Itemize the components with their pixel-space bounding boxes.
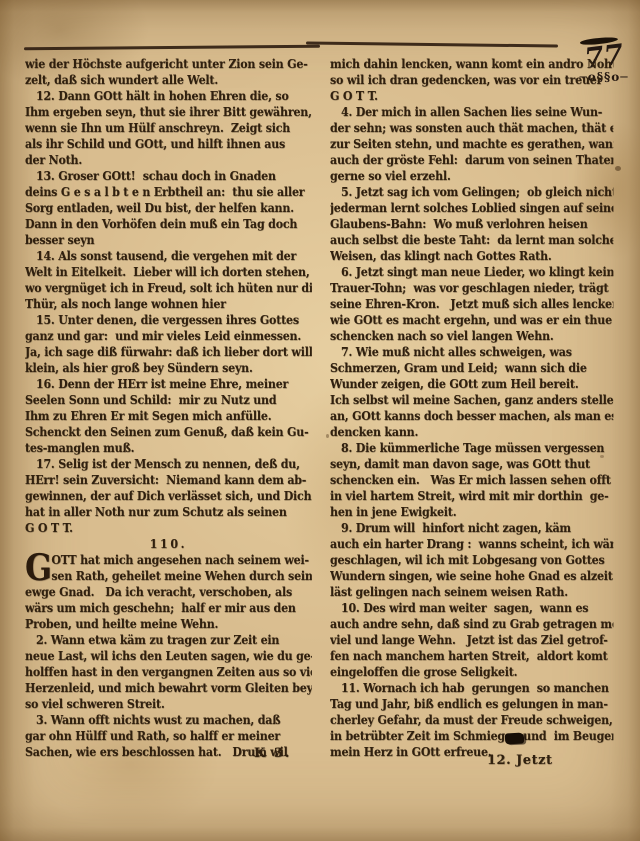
text-line: ganz und gar: und mir vieles Leid einmes… — [25, 328, 312, 344]
text-line: holffen hast in den vergangnen Zeiten au… — [25, 664, 312, 680]
text-line: wie der Höchste aufgericht unter Zion se… — [25, 56, 312, 72]
text-line: G O T T. — [25, 520, 312, 536]
right-column: mich dahin lencken, wann komt ein andro … — [330, 56, 613, 760]
text-line: 7. Wie muß nicht alles schweigen, was — [330, 344, 613, 360]
text-line: der sehn; was sonsten auch thät machen, … — [330, 120, 613, 136]
text-line: deins G e s a l b t e n Erbtheil an: thu… — [25, 184, 312, 200]
catchword: 12. Jetzt — [487, 753, 552, 768]
drop-cap-letter: G — [25, 553, 52, 583]
text-line: so viel schweren Streit. — [25, 696, 312, 712]
text-line: sen Rath, geheilet meine Wehen durch sei… — [51, 568, 311, 584]
left-column: wie der Höchste aufgericht unter Zion se… — [25, 56, 312, 760]
text-line: gar ohn Hülff und Rath, so halff er mein… — [25, 728, 312, 744]
text-line: gewinnen, der auf Dich verlässet sich, u… — [25, 488, 312, 504]
text-line: 5. Jetzt sag ich vom Gelingen; ob gleich… — [330, 184, 613, 200]
drop-cap-block: G OTT hat mich angesehen nach seinem wei… — [25, 552, 312, 584]
text-line: Ja, ich sage diß fürwahr: daß ich lieber… — [25, 344, 312, 360]
text-line: Thür, als noch lange wohnen hier — [25, 296, 312, 312]
text-line: dencken kann. — [330, 424, 613, 440]
text-line: 15. Unter denen, die vergessen ihres Got… — [25, 312, 312, 328]
text-line: seine Ehren-Kron. Jetzt muß sich alles l… — [330, 296, 613, 312]
text-line: auch ein harter Drang : wanns scheint, i… — [330, 536, 613, 552]
text-line: 11. Wornach ich hab gerungen so manchen — [330, 680, 613, 696]
text-line: mich dahin lencken, wann komt ein andro … — [330, 56, 613, 72]
text-line: jederman lernt solches Loblied singen au… — [330, 200, 613, 216]
text-line: schencken nach so viel langen Wehn. — [330, 328, 613, 344]
text-line: neue Last, wil ichs den Leuten sagen, wi… — [25, 648, 312, 664]
text-line: Schmerzen, Gram und Leid; wann sich die — [330, 360, 613, 376]
ink-speck — [615, 166, 621, 171]
text-lines-group: wie der Höchste aufgericht unter Zion se… — [25, 56, 312, 536]
text-line: läst gelingen nach seinem weisen Rath. — [330, 584, 613, 600]
text-line: 3. Wann offt nichts wust zu machen, daß — [25, 712, 312, 728]
text-line: auch der gröste Fehl: darum von seinen T… — [330, 152, 613, 168]
text-line: OTT hat mich angesehen nach seinem wei- — [51, 552, 311, 568]
text-line: Trauer-Tohn; was vor geschlagen nieder, … — [330, 280, 613, 296]
text-line: eingeloffen die grose Seligkeit. — [330, 664, 613, 680]
text-line: 6. Jetzt singt man neue Lieder, wo kling… — [330, 264, 613, 280]
text-line: wie GOtt es macht ergehn, und was er ein… — [330, 312, 613, 328]
text-line: Welt in Eitelkeit. Lieber will ich dorte… — [25, 264, 312, 280]
text-line: 8. Die kümmerliche Tage müssen vergessen — [330, 440, 613, 456]
text-line: geschlagen, wil ich mit Lobgesang von Go… — [330, 552, 613, 568]
header-rule — [24, 45, 320, 51]
text-line: ewge Gnad. Da ich veracht, verschoben, a… — [25, 584, 312, 600]
text-line: 4. Der mich in allen Sachen lies seine W… — [330, 104, 613, 120]
text-line: Proben, und heilte meine Wehn. — [25, 616, 312, 632]
text-line: so wil ich dran gedencken, was vor ein t… — [330, 72, 613, 88]
text-line: hen in jene Ewigkeit. — [330, 504, 613, 520]
text-line: mein Herz in GOtt erfreue. — [330, 744, 613, 760]
text-line: der Noth. — [25, 152, 312, 168]
text-line: 17. Selig ist der Mensch zu nennen, deß … — [25, 456, 312, 472]
text-line: in viel hartem Streit, wird mit mir dort… — [330, 488, 613, 504]
text-lines-group: OTT hat mich angesehen nach seinem wei-s… — [51, 552, 311, 584]
text-line: schencken ein. Was Er mich lassen sehen … — [330, 472, 613, 488]
text-line: 9. Drum will hinfort nicht zagen, käm — [330, 520, 613, 536]
text-line: hat in aller Noth nur zum Schutz als sei… — [25, 504, 312, 520]
text-line: tes-manglen muß. — [25, 440, 312, 456]
text-line: HErr! sein Zuversicht: Niemand kann dem … — [25, 472, 312, 488]
text-line: klein, als hier groß bey Sündern seyn. — [25, 360, 312, 376]
text-line: als ihr Schild und GOtt, und hilft ihnen… — [25, 136, 312, 152]
text-line: wo vergnüget ich in Freud, solt ich hüte… — [25, 280, 312, 296]
text-line: Wunder zeigen, die GOtt zum Heil bereit. — [330, 376, 613, 392]
text-line: cherley Gefahr, da must der Freude schwe… — [330, 712, 613, 728]
text-line: G O T T. — [330, 88, 613, 104]
text-line: Ihm ergeben seyn, thut sie ihrer Bitt ge… — [25, 104, 312, 120]
text-lines-group: mich dahin lencken, wann komt ein andro … — [330, 56, 613, 760]
text-line: wenn sie Ihn um Hülf anschreyn. Zeigt si… — [25, 120, 312, 136]
text-line: 10. Des wird man weiter sagen, wann es — [330, 600, 613, 616]
psalm-heading: 110. — [25, 536, 312, 552]
text-line: Ich selbst wil meine Sachen, ganz anders… — [330, 392, 613, 408]
text-line: wärs um mich geschehn; half er mir aus d… — [25, 600, 312, 616]
text-lines-group: ewge Gnad. Da ich veracht, verschoben, a… — [25, 584, 312, 760]
text-line: zur Seiten stehn, und machte es gerathen… — [330, 136, 613, 152]
text-line: 16. Denn der HErr ist meine Ehre, meiner — [25, 376, 312, 392]
text-line: Weisen, das klingt nach Gottes Rath. — [330, 248, 613, 264]
text-line: besser seyn — [25, 232, 312, 248]
text-line: Herzenleid, und mich bewahrt vorm Gleite… — [25, 680, 312, 696]
text-line: 13. Groser GOtt! schau doch in Gnaden — [25, 168, 312, 184]
header-rule — [306, 41, 558, 47]
text-line: 2. Wann etwa käm zu tragen zur Zeit ein — [25, 632, 312, 648]
book-page: 77 ─o§§o─ wie der Höchste aufgericht unt… — [0, 0, 640, 841]
text-line: Ihm zu Ehren Er mit Segen mich anfülle. — [25, 408, 312, 424]
text-line: an, GOtt kanns doch besser machen, als m… — [330, 408, 613, 424]
text-line: Sorg entladen, weil Du bist, der helfen … — [25, 200, 312, 216]
text-line: in betrübter Zeit im Schmiegen und im Be… — [330, 728, 613, 744]
text-line: viel und lange Wehn. Jetzt ist das Ziel … — [330, 632, 613, 648]
text-line: auch andre sehn, daß sind zu Grab getrag… — [330, 616, 613, 632]
text-line: auch selbst die beste Taht: da lernt man… — [330, 232, 613, 248]
text-line: Schenckt den Seinen zum Genuß, daß kein … — [25, 424, 312, 440]
text-line: seyn, damit man davon sage, was GOtt thu… — [330, 456, 613, 472]
text-line: 14. Als sonst tausend, die vergehen mit … — [25, 248, 312, 264]
text-line: gerne so viel erzehl. — [330, 168, 613, 184]
text-line: Glaubens-Bahn: Wo muß verlohren heisen — [330, 216, 613, 232]
text-line: fen nach manchem harten Streit, aldort k… — [330, 648, 613, 664]
text-line: 12. Dann GOtt hält in hohen Ehren die, s… — [25, 88, 312, 104]
signature-mark: K 3. — [254, 746, 291, 761]
text-line: Tag und Jahr, biß endlich es gelungen in… — [330, 696, 613, 712]
text-line: zelt, daß sich wundert alle Welt. — [25, 72, 312, 88]
text-line: Wundern singen, wie seine hohe Gnad es a… — [330, 568, 613, 584]
text-line: Seelen Sonn und Schild: mir zu Nutz und — [25, 392, 312, 408]
printer-fist-mark — [505, 733, 525, 745]
ink-speck — [326, 434, 329, 438]
text-line: Dann in den Vorhöfen dein muß ein Tag do… — [25, 216, 312, 232]
